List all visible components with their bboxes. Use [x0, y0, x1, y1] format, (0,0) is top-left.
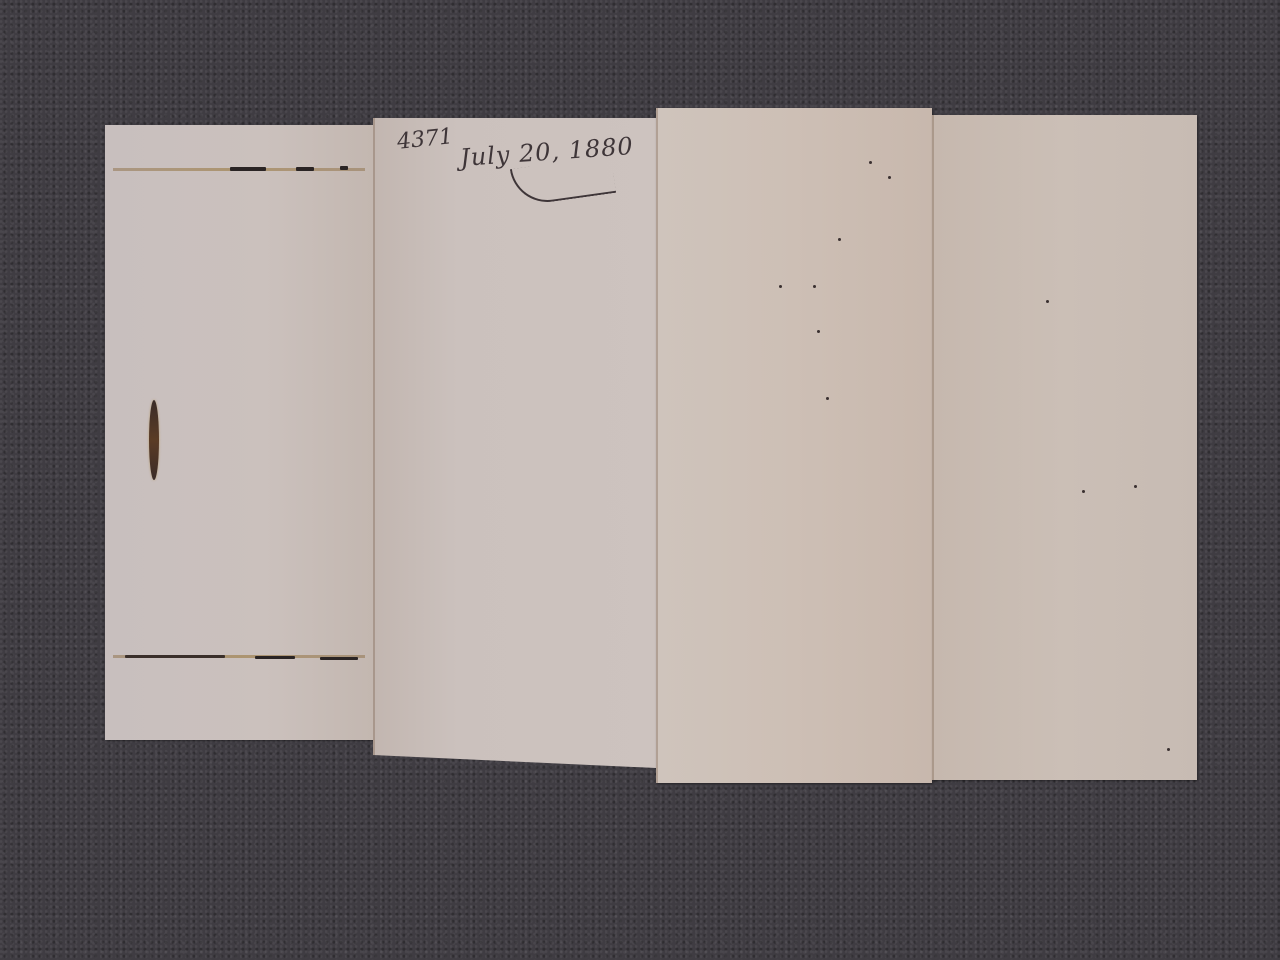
ink-speck [779, 285, 782, 288]
tear-mark [230, 167, 266, 171]
ink-speck [826, 397, 829, 400]
ink-speck [817, 330, 820, 333]
tear-mark [340, 166, 348, 170]
ink-speck [869, 161, 872, 164]
ink-speck [888, 176, 891, 179]
tear-mark [320, 657, 358, 660]
fold-crease [656, 108, 658, 783]
ink-speck [1167, 748, 1170, 751]
tear-mark [296, 167, 314, 171]
tear-mark [125, 655, 225, 658]
document-right-panel [932, 115, 1197, 780]
ink-speck [1082, 490, 1085, 493]
ink-speck [1134, 485, 1137, 488]
ink-speck [813, 285, 816, 288]
fold-crease [932, 115, 934, 780]
slit-hole [149, 400, 159, 480]
tear-mark [255, 656, 295, 659]
ink-speck [1046, 300, 1049, 303]
ink-speck [838, 238, 841, 241]
document-left-flap [105, 125, 373, 740]
fold-crease [373, 118, 375, 768]
document-middle-right-panel [656, 108, 932, 783]
document-middle-left-panel [373, 118, 656, 768]
